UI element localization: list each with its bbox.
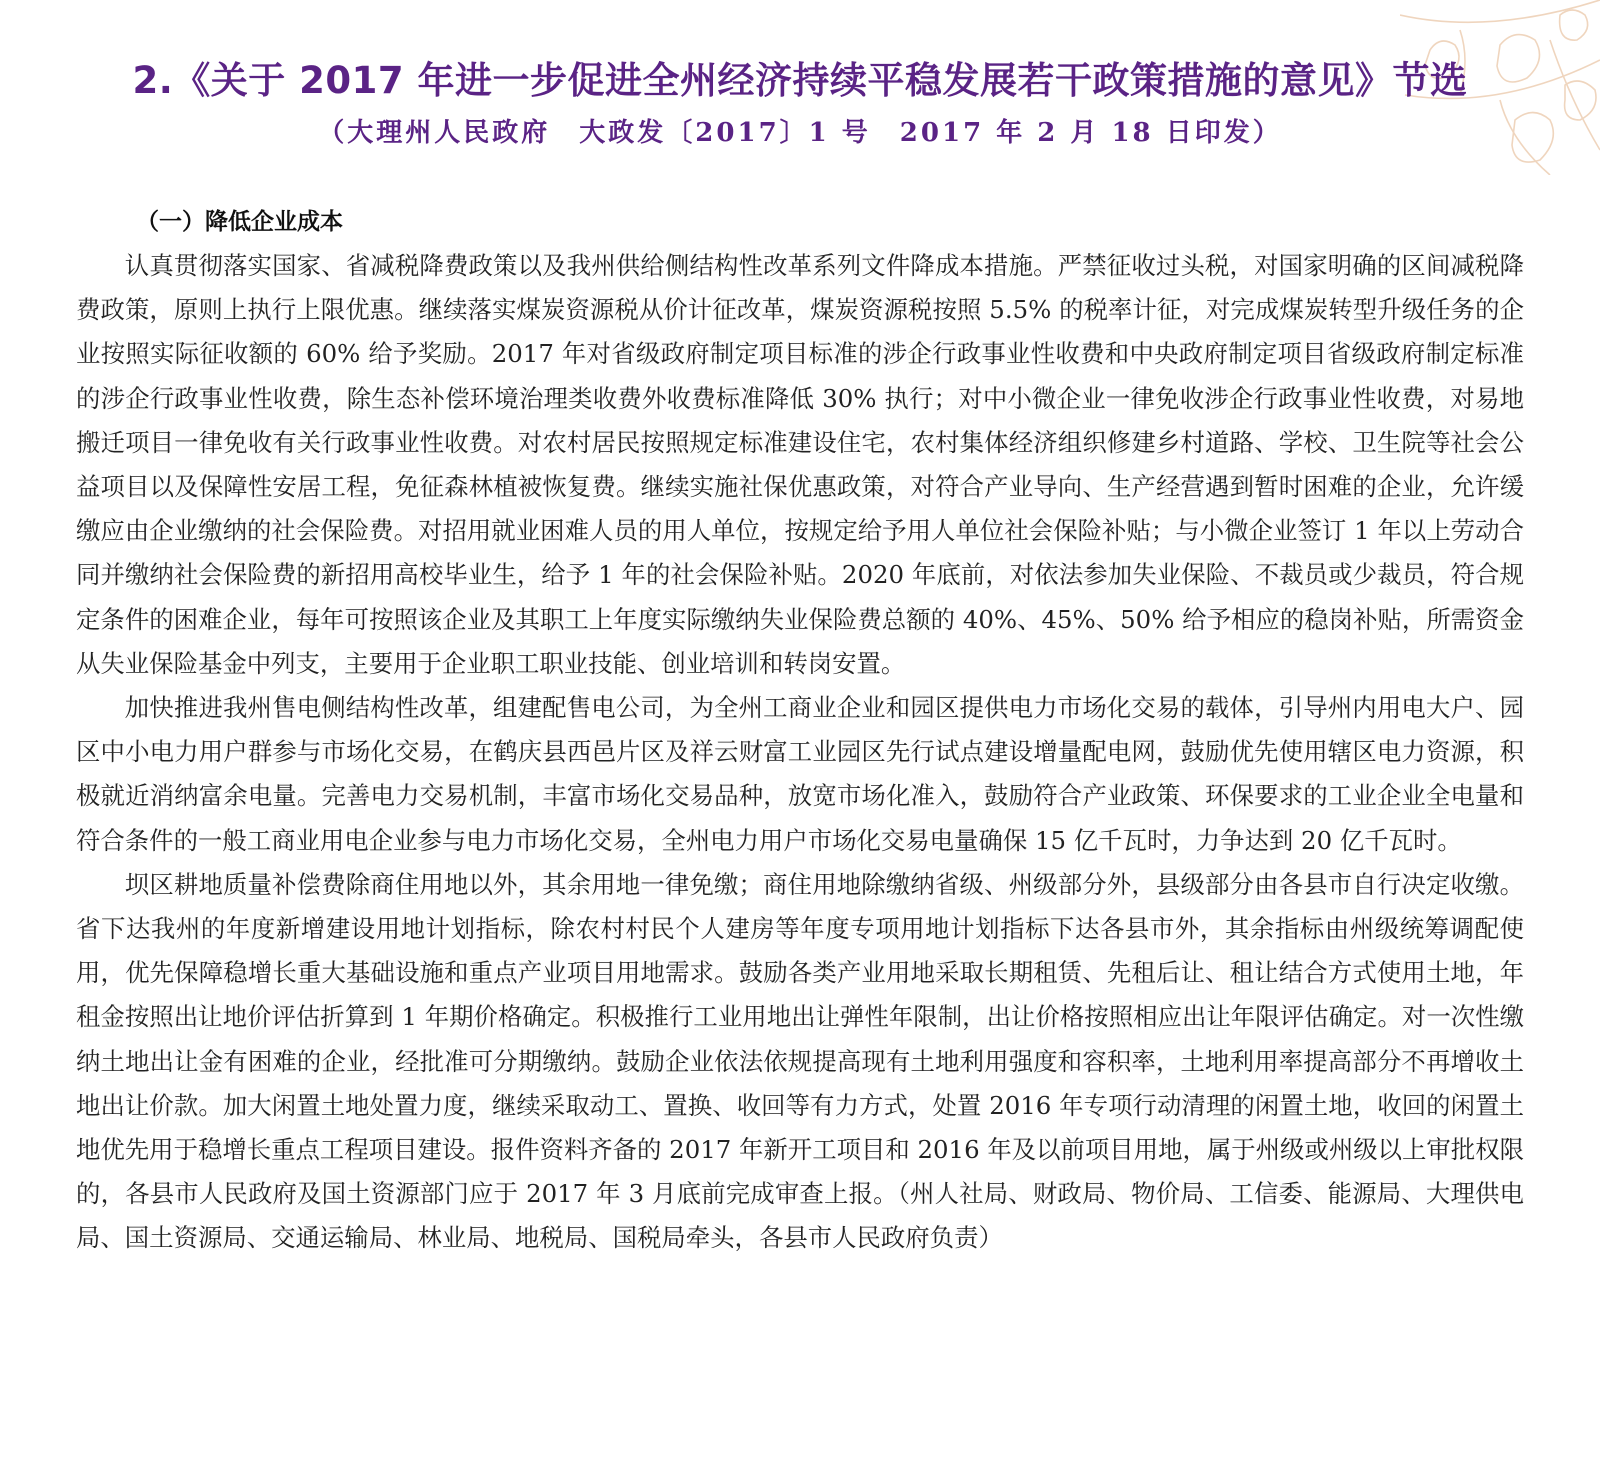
document-title: 2.《关于 2017 年进一步促进全州经济持续平稳发展若干政策措施的意见》节选 [0, 50, 1600, 104]
document-body: （一）降低企业成本 认真贯彻落实国家、省减税降费政策以及我州供给侧结构性改革系列… [76, 200, 1524, 1261]
document-subtitle: （大理州人民政府 大政发〔2017〕1 号 2017 年 2 月 18 日印发） [0, 112, 1600, 149]
paragraph-power-reform: 加快推进我州售电侧结构性改革，组建配售电公司，为全州工商业企业和园区提供电力市场… [76, 686, 1524, 863]
paragraph-land-use: 坝区耕地质量补偿费除商住用地以外，其余用地一律免缴；商住用地除缴纳省级、州级部分… [76, 863, 1524, 1261]
paragraph-cost-reduction: 认真贯彻落实国家、省减税降费政策以及我州供给侧结构性改革系列文件降成本措施。严禁… [76, 244, 1524, 686]
section-heading: （一）降低企业成本 [136, 200, 1524, 244]
